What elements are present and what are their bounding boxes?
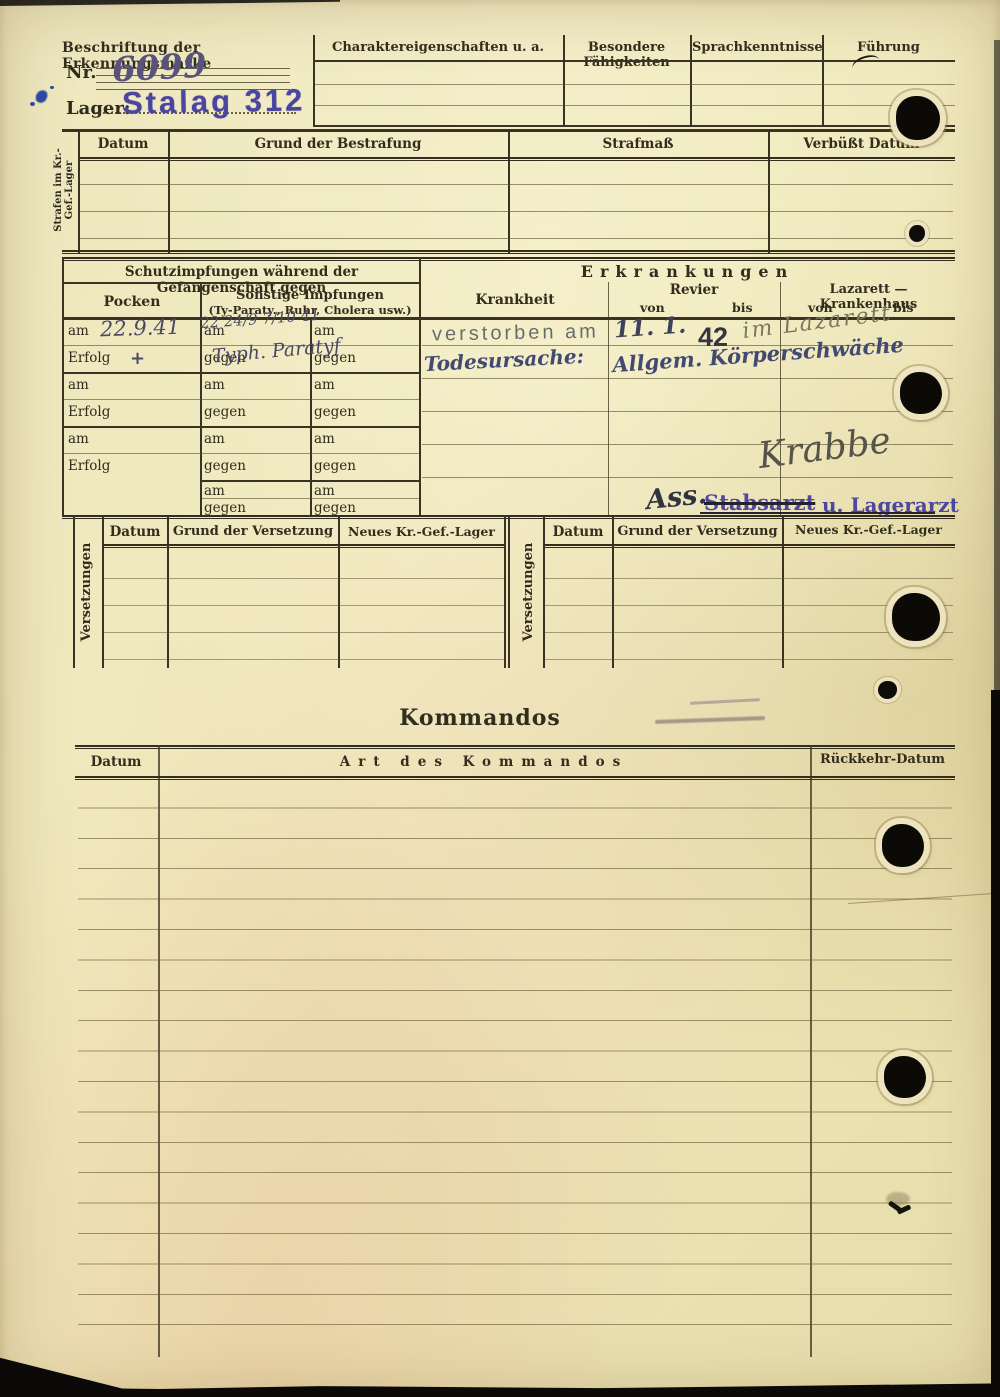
vacc-pair-line [64, 372, 419, 374]
doctor-rank-hand: Ass. [645, 479, 709, 516]
kommandos-col-rueckkehr: Rückkehr-Datum [812, 752, 953, 767]
vacc-pocken-header: Pocken [64, 294, 200, 310]
vacc-cell-label: gegen [204, 404, 246, 420]
vacc-row-line [202, 498, 419, 499]
vacc-cell-label: am [314, 323, 335, 339]
transfersR-outer-border [508, 515, 510, 668]
traits-col-header: Führung [824, 40, 953, 55]
ink-blot-speck [30, 102, 35, 106]
punishments-bottom-rule [62, 250, 955, 254]
transfersL-right-border [504, 515, 506, 668]
deceased-stamp: verstorben am [432, 321, 599, 347]
kommandos-col-art: Art des Kommandos [160, 754, 808, 770]
illness-lazarett-bis: bis [893, 300, 914, 315]
lager-stamp: Stalag 312 [122, 82, 306, 121]
transfersL-col-header: Datum [104, 524, 166, 540]
punch-hole [882, 824, 924, 867]
punishments-row-line [80, 211, 953, 212]
illness-revier-header: Revier [610, 282, 778, 298]
scan-edge-right-upper [994, 40, 1000, 690]
kommandos-row-lines [78, 778, 952, 1340]
cause-of-death-label-hand: Todesursache: [423, 344, 584, 376]
punch-hole [896, 96, 940, 140]
illness-title: Erkrankungen [420, 262, 955, 281]
vacc-cell-label: am [68, 323, 89, 339]
vacc-cell-label: am [68, 431, 89, 447]
transfersR-col-header: Neues Kr.-Gef.-Lager [784, 522, 953, 537]
vacc-cell-label: Erfolg [68, 458, 110, 474]
traits-col-header: Charaktereigenschaften u. a. [315, 40, 561, 55]
scan-edge-right-lower [991, 690, 1000, 1397]
lager-label: Lager: [66, 98, 131, 119]
traits-bottom-rule [313, 125, 955, 127]
illness-revier-bis: bis [732, 300, 753, 315]
punishments-side-label: Strafen im Kr.-Gef.-Lager [49, 145, 79, 235]
vacc-pair-line [202, 480, 419, 482]
punch-hole [892, 593, 940, 641]
ink-blot [34, 89, 49, 105]
illness-row-line [422, 411, 953, 412]
punch-hole-small [909, 225, 925, 242]
vacc-sonstige-header: Sonstige Impfungen [202, 288, 418, 303]
punishments-col-header: Grund der Bestrafung [170, 136, 506, 152]
punishments-col-header: Datum [80, 136, 166, 152]
vacc-cell-label: gegen [314, 404, 356, 420]
doctor-stamp-underline [700, 512, 935, 514]
vacc-cell-label: am [314, 377, 335, 393]
punishments-row-line [80, 238, 953, 239]
transfersL-side-label: Versetzungen [77, 542, 97, 642]
vacc-cell-label: gegen [314, 350, 356, 366]
transfersL-outer-border [73, 515, 75, 668]
vacc-pair-line [64, 426, 419, 428]
kommandos-col-datum: Datum [77, 754, 155, 770]
transfersR-col-header: Grund der Versetzung [614, 524, 781, 539]
vacc-cell-label: am [204, 431, 225, 447]
traits-row-line [315, 84, 955, 85]
pow-record-card-page: Beschriftung der Erkennungsmarke Nr. 609… [0, 0, 1000, 1397]
vacc-cell-label: Erfolg [68, 350, 110, 366]
transfersL-header-rule [102, 544, 505, 548]
punishments-row-line [80, 184, 953, 185]
vacc-cell-label: Erfolg [68, 404, 110, 420]
transfersL-col-header: Neues Kr.-Gef.-Lager [340, 524, 503, 539]
vacc-cell-label: gegen [204, 500, 246, 516]
scan-edge-top [0, 0, 340, 6]
vacc-cell-label: am [204, 483, 225, 499]
vacc-cell-label: gegen [314, 458, 356, 474]
vacc-cell-label: am [204, 377, 225, 393]
tear-crease-mark [850, 52, 882, 76]
transfersL-col-header: Grund der Versetzung [169, 524, 337, 539]
punch-hole [884, 1056, 926, 1098]
traits-col-header: Besondere Fähigkeiten [565, 40, 688, 70]
illness-krankheit-header: Krankheit [430, 292, 600, 308]
vacc-row-line [64, 399, 419, 400]
stamp-smudge [655, 716, 765, 724]
traits-col-header: Sprachkenntnisse [692, 40, 820, 55]
nr-label: Nr. [66, 62, 97, 83]
vacc-right-border [419, 257, 421, 517]
punishments-header-rule [78, 157, 955, 161]
illness-row-line [422, 477, 953, 478]
ink-blot-speck [50, 86, 54, 89]
vacc-pocken-result-hand: + [130, 348, 145, 369]
vacc-cell-label: am [68, 377, 89, 393]
vacc-cell-label: am [314, 431, 335, 447]
scan-edge-bottom [0, 1376, 1000, 1397]
vacc-row-line [64, 453, 419, 454]
section-top-rule [62, 257, 955, 261]
kommandos-top-rule [75, 745, 955, 749]
vacc-cell-label: am [314, 483, 335, 499]
transfersL-row-lines [104, 552, 504, 668]
punishments-col-header: Strafmaß [510, 136, 766, 152]
kommandos-title: Kommandos [380, 705, 580, 731]
vacc-cell-label: gegen [314, 500, 356, 516]
illness-row-line [422, 378, 953, 379]
punch-hole [900, 372, 942, 414]
punch-hole-small [878, 681, 897, 699]
stamp-smudge [690, 698, 760, 705]
scan-edge-bottom-left [0, 1348, 140, 1397]
doctor-signature: Krabbe [756, 420, 893, 477]
vacc-title-rule [62, 282, 420, 284]
transfersR-side-label: Versetzungen [519, 542, 539, 642]
traits-row-line [315, 105, 955, 106]
vacc-pocken-date-hand: 22.9.41 [100, 315, 181, 342]
vacc-cell-label: gegen [204, 458, 246, 474]
transfersR-col-header: Datum [545, 524, 611, 540]
transfersR-header-rule [543, 544, 955, 548]
death-date-hand: 11. 1. [613, 312, 687, 344]
